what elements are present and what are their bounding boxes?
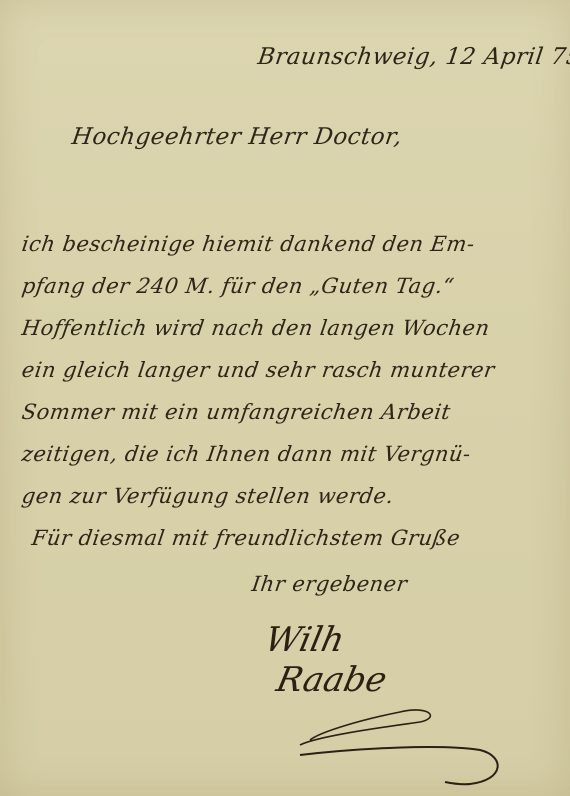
letter-page: Braunschweig, 12 April 75 Hochgeehrter H… bbox=[0, 0, 570, 796]
body-line: ich bescheinige hiemit dankend den Em- bbox=[20, 232, 476, 256]
body-line: pfang der 240 M. für den „Guten Tag.“ bbox=[20, 274, 456, 298]
dateline: Braunschweig, 12 April 75 bbox=[256, 44, 570, 70]
signature-last-name: Raabe bbox=[273, 660, 390, 700]
closing: Ihr ergebener bbox=[250, 572, 409, 596]
body-line: ein gleich langer und sehr rasch muntere… bbox=[20, 358, 496, 382]
body-line: Für diesmal mit freundlichstem Gruße bbox=[30, 526, 462, 550]
body-line: gen zur Verfügung stellen werde. bbox=[20, 484, 395, 508]
salutation: Hochgeehrter Herr Doctor, bbox=[70, 124, 404, 150]
signature-first-name: Wilh bbox=[261, 620, 348, 660]
body-line: Hoffentlich wird nach den langen Wochen bbox=[20, 316, 491, 340]
body-line: Sommer mit ein umfangreichen Arbeit bbox=[20, 400, 452, 424]
body-line: zeitigen, die ich Ihnen dann mit Vergnü- bbox=[20, 442, 472, 466]
